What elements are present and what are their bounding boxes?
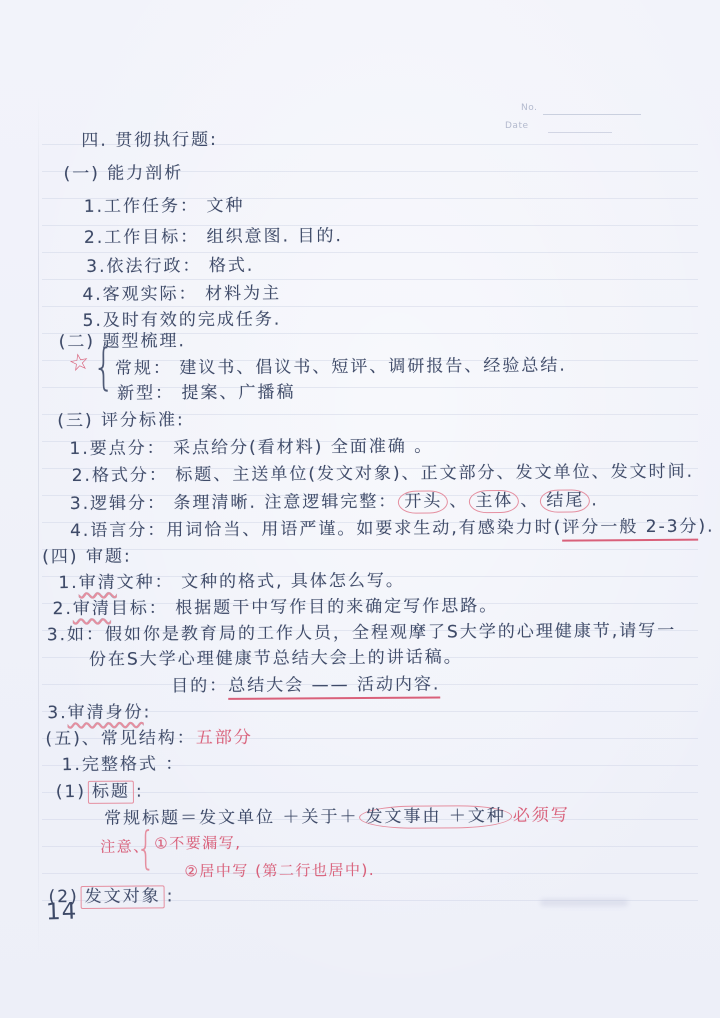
note-line: 3.依法行政： 格式. xyxy=(86,256,254,278)
handwritten-text: 、 xyxy=(520,491,539,512)
note-line: 5.及时有效的完成任务. xyxy=(83,310,282,333)
handwritten-text: 1.完整格式 ： xyxy=(62,754,185,776)
annotated-text: 总结大会 —— 活动内容. xyxy=(228,674,440,700)
note-line: 1.审清文种： 文种的格式, 具体怎么写。 xyxy=(58,571,405,595)
annotated-text: 开头 xyxy=(398,490,448,514)
handwritten-text: 3.逻辑分： 条理清晰. 注意逻辑完整： xyxy=(70,492,398,516)
handwritten-text: ). xyxy=(698,517,714,538)
handwritten-text: (三) 评分标准: xyxy=(57,410,185,432)
note-line: 2.工作目标： 组织意图. 目的. xyxy=(84,226,343,249)
note-line: ②居中写 (第二行也居中). xyxy=(184,861,375,881)
annotated-text: 五部分 xyxy=(196,728,253,750)
handwritten-text: 份在S大学心理健康节总结大会上的讲话稿。 xyxy=(89,647,463,671)
handwritten-text: (1) xyxy=(56,782,86,803)
handwritten-text: 2.工作目标： 组织意图. 目的. xyxy=(84,226,343,249)
handwritten-text: 常规标题＝发文单位 ＋关于＋ xyxy=(104,807,359,830)
note-line: (四) 审题: xyxy=(42,547,132,569)
note-line: 3.逻辑分： 条理清晰. 注意逻辑完整：开头、主体、结尾. xyxy=(70,489,599,516)
note-line: (二) 题型梳理. xyxy=(59,331,186,353)
handwritten-text: 3.如：假如你是教育局的工作人员，全程观摩了S大学的心理健康节,请写一 xyxy=(47,621,677,647)
annotated-text: 审清 xyxy=(73,599,111,621)
note-line: 2.审清目标： 根据题干中写作目的来确定写作思路。 xyxy=(53,596,499,620)
handwritten-text: 4.语言分：用词恰当、用语严谨。如要求生动,有感染力时( xyxy=(70,518,562,543)
note-line: (三) 评分标准: xyxy=(57,410,185,432)
handwritten-text: : xyxy=(167,886,175,907)
handwriting-layer: ☆ { { 四. 贯彻执行题:(一) 能力剖析1.工作任务： 文种2.工作目标：… xyxy=(0,0,720,1018)
handwritten-text: 1.要点分： 采点给分(看材料) 全面准确 。 xyxy=(69,436,433,460)
handwritten-text: (二) 题型梳理. xyxy=(59,331,186,353)
handwritten-text: 3.依法行政： 格式. xyxy=(86,256,254,278)
note-line: 1.完整格式 ： xyxy=(62,754,185,776)
note-line: 常规标题＝发文单位 ＋关于＋ 发文事由 ＋文种 必须写 xyxy=(104,805,570,832)
handwritten-text: 文种： 文种的格式, 具体怎么写。 xyxy=(117,571,405,594)
note-line: 2.格式分： 标题、主送单位(发文对象)、正文部分、发文单位、发文时间. xyxy=(72,462,694,488)
notebook-page: No. Date ☆ { { 四. 贯彻执行题:(一) 能力剖析1.工作任务： … xyxy=(0,0,720,1018)
handwritten-text: 常规： 建议书、倡议书、短评、调研报告、经验总结. xyxy=(115,356,567,380)
note-line: 注意、 xyxy=(100,837,150,856)
handwritten-text: : xyxy=(144,702,152,723)
handwritten-text: (五)、常见结构： xyxy=(45,728,195,750)
annotated-text: ①不要漏写, xyxy=(154,834,241,853)
annotated-text: 必须写 xyxy=(513,806,570,828)
note-line: 目的： 总结大会 —— 活动内容. xyxy=(171,674,440,700)
note-line: 四. 贯彻执行题: xyxy=(81,130,218,152)
note-line: (五)、常见结构： 五部分 xyxy=(45,728,252,751)
handwritten-text: 新型： 提案、广播稿 xyxy=(117,382,296,404)
handwritten-text: (四) 审题: xyxy=(42,547,132,569)
annotated-text: 结尾 xyxy=(540,489,590,513)
note-line: 1.工作任务： 文种 xyxy=(84,196,245,218)
handwritten-text: 3. xyxy=(47,703,67,724)
handwritten-text: 5.及时有效的完成任务. xyxy=(83,310,282,333)
note-line: (1)标题: xyxy=(56,781,144,805)
note-line: ①不要漏写, xyxy=(154,834,241,853)
annotated-text: 标题 xyxy=(88,781,134,805)
handwritten-text: 目的： xyxy=(171,676,228,698)
page-number: 14 xyxy=(46,898,78,925)
annotated-text: 审清身份 xyxy=(68,703,144,725)
annotated-text: 审清 xyxy=(79,573,117,595)
annotated-text: 发文事由 ＋文种 xyxy=(359,805,512,829)
handwritten-text: 四. 贯彻执行题: xyxy=(81,130,218,152)
handwritten-text: 目标： 根据题干中写作目的来确定写作思路。 xyxy=(111,596,499,620)
note-line: 3.审清身份: xyxy=(47,702,151,724)
annotated-text: ②居中写 (第二行也居中). xyxy=(184,861,375,881)
note-line: 新型： 提案、广播稿 xyxy=(117,382,296,404)
handwritten-text: 1. xyxy=(58,573,78,594)
handwritten-text: 1.工作任务： 文种 xyxy=(84,196,245,218)
note-line: 3.如：假如你是教育局的工作人员，全程观摩了S大学的心理健康节,请写一 xyxy=(47,621,677,647)
annotated-text: 发文对象 xyxy=(81,885,165,909)
note-line: 4.语言分：用词恰当、用语严谨。如要求生动,有感染力时(评分一般 2-3分). xyxy=(70,517,715,546)
faint-print-mark xyxy=(540,899,628,906)
note-line: 常规： 建议书、倡议书、短评、调研报告、经验总结. xyxy=(115,356,567,380)
note-line: 1.要点分： 采点给分(看材料) 全面准确 。 xyxy=(69,436,433,460)
handwritten-text: 2. xyxy=(53,599,73,620)
handwritten-text: . xyxy=(591,490,599,511)
note-line: 份在S大学心理健康节总结大会上的讲话稿。 xyxy=(89,647,463,671)
note-line: (一) 能力剖析 xyxy=(64,163,184,185)
annotated-text: 注意、 xyxy=(100,837,150,856)
note-line: 4.客观实际： 材料为主 xyxy=(82,284,281,307)
annotated-text: 主体 xyxy=(469,490,519,514)
handwritten-text: (一) 能力剖析 xyxy=(64,163,184,185)
handwritten-text: : xyxy=(136,782,144,803)
handwritten-text: 、 xyxy=(449,491,468,512)
annotated-text: 评分一般 2-3分 xyxy=(562,517,698,542)
handwritten-text: 2.格式分： 标题、主送单位(发文对象)、正文部分、发文单位、发文时间. xyxy=(72,462,694,488)
handwritten-text: 4.客观实际： 材料为主 xyxy=(82,284,281,307)
